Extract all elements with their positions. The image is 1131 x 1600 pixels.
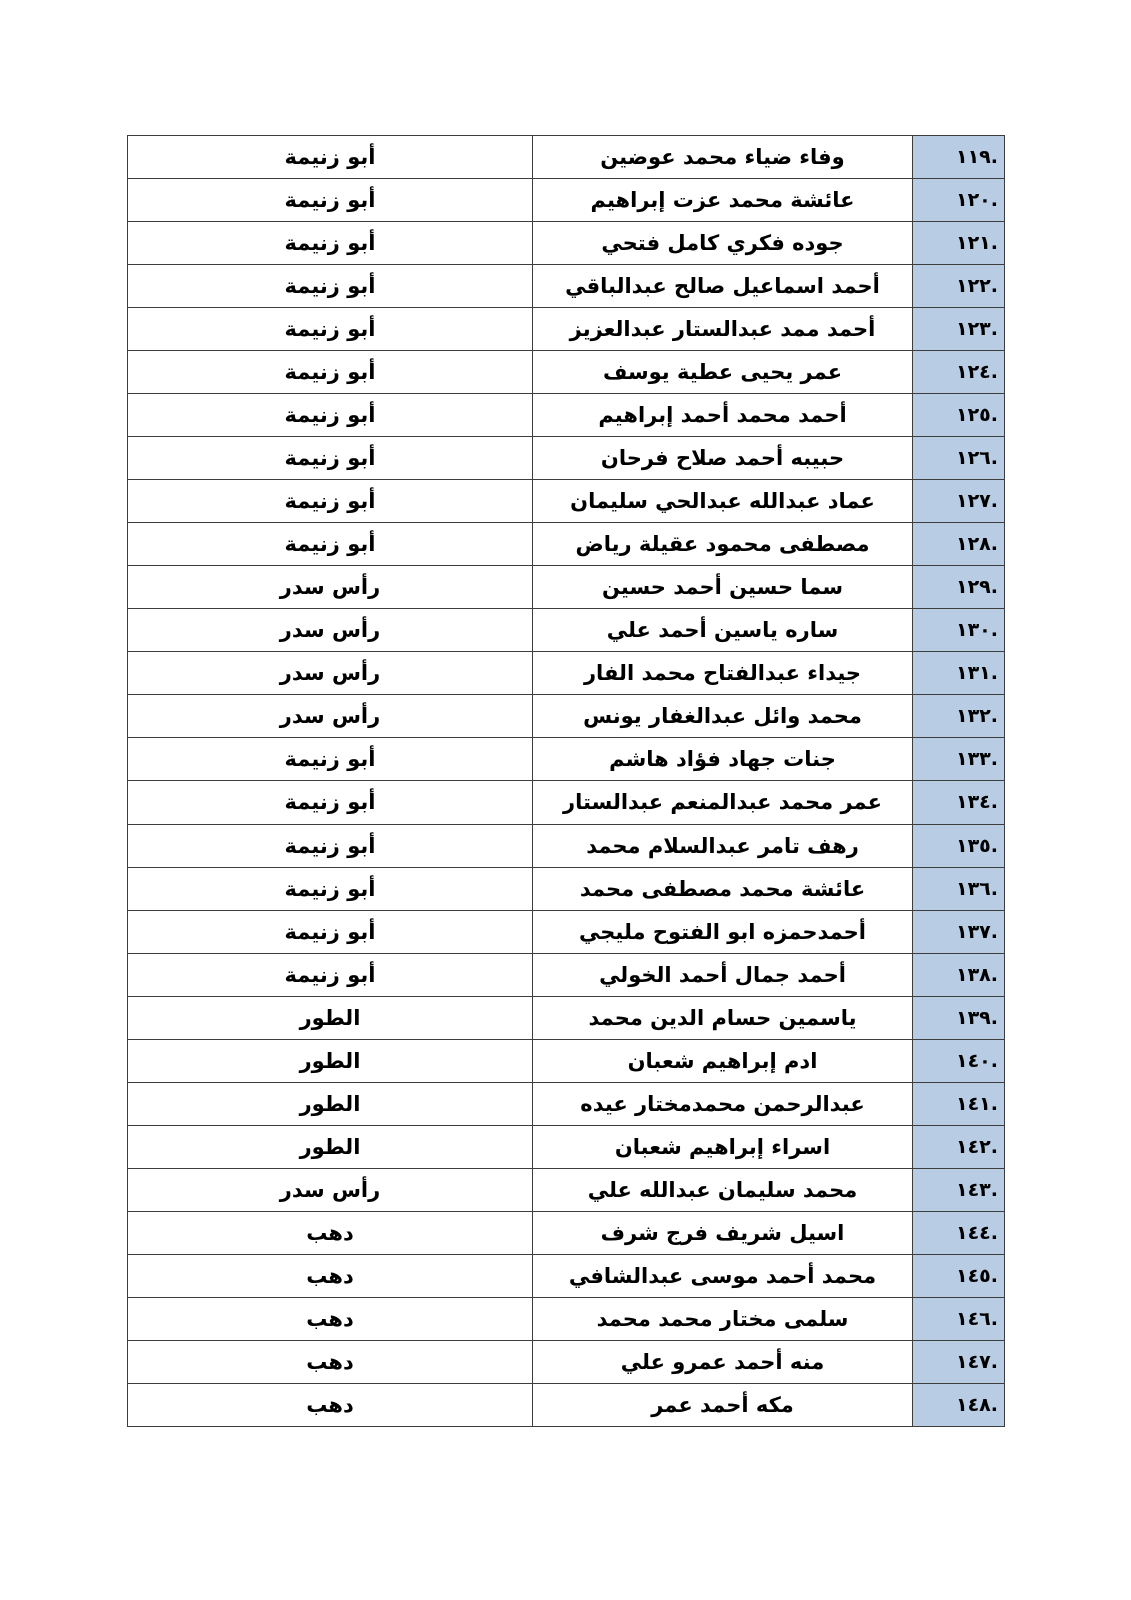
location-cell: الطور — [128, 1039, 533, 1082]
table-row: ١٢٨. مصطفى محمود عقيلة رياض أبو زنيمة — [128, 523, 1005, 566]
location-cell: أبو زنيمة — [128, 308, 533, 351]
student-name-cell: أحمد ممد عبدالستار عبدالعزيز — [533, 308, 913, 351]
row-number-cell: ١٣٧. — [913, 910, 1005, 953]
table-row: ١٢٣. أحمد ممد عبدالستار عبدالعزيز أبو زن… — [128, 308, 1005, 351]
location-cell: أبو زنيمة — [128, 523, 533, 566]
table-row: ١٢١. جوده فكري كامل فتحي أبو زنيمة — [128, 222, 1005, 265]
student-name-cell: أحمد اسماعيل صالح عبدالباقي — [533, 265, 913, 308]
table-row: ١٢٢. أحمد اسماعيل صالح عبدالباقي أبو زني… — [128, 265, 1005, 308]
table-row: ١٤٢. اسراء إبراهيم شعبان الطور — [128, 1125, 1005, 1168]
students-table: ١١٩. وفاء ضياء محمد عوضين أبو زنيمة ١٢٠.… — [127, 135, 1005, 1427]
table-row: ١٣٧. أحمدحمزه ابو الفتوح مليجي أبو زنيمة — [128, 910, 1005, 953]
table-row: ١٣٢. محمد وائل عبدالغفار يونس رأس سدر — [128, 695, 1005, 738]
location-cell: أبو زنيمة — [128, 136, 533, 179]
table-row: ١٤٦. سلمى مختار محمد محمد دهب — [128, 1297, 1005, 1340]
location-cell: رأس سدر — [128, 566, 533, 609]
table-row: ١٤٨. مكه أحمد عمر دهب — [128, 1383, 1005, 1426]
location-cell: أبو زنيمة — [128, 781, 533, 824]
table-row: ١٣١. جيداء عبدالفتاح محمد الفار رأس سدر — [128, 652, 1005, 695]
table-row: ١٤٧. منه أحمد عمرو علي دهب — [128, 1340, 1005, 1383]
location-cell: رأس سدر — [128, 609, 533, 652]
location-cell: أبو زنيمة — [128, 265, 533, 308]
student-name-cell: جوده فكري كامل فتحي — [533, 222, 913, 265]
student-name-cell: عمر محمد عبدالمنعم عبدالستار — [533, 781, 913, 824]
location-cell: دهب — [128, 1297, 533, 1340]
student-name-cell: مصطفى محمود عقيلة رياض — [533, 523, 913, 566]
row-number-cell: ١٤٢. — [913, 1125, 1005, 1168]
location-cell: رأس سدر — [128, 652, 533, 695]
table-row: ١٢٤. عمر يحيى عطية يوسف أبو زنيمة — [128, 351, 1005, 394]
location-cell: أبو زنيمة — [128, 953, 533, 996]
row-number-cell: ١٣٦. — [913, 867, 1005, 910]
row-number-cell: ١٤٧. — [913, 1340, 1005, 1383]
table-row: ١٣٦. عائشة محمد مصطفى محمد أبو زنيمة — [128, 867, 1005, 910]
location-cell: أبو زنيمة — [128, 867, 533, 910]
table-row: ١٣٣. جنات جهاد فؤاد هاشم أبو زنيمة — [128, 738, 1005, 781]
row-number-cell: ١٣٤. — [913, 781, 1005, 824]
table-row: ١٢٠. عائشة محمد عزت إبراهيم أبو زنيمة — [128, 179, 1005, 222]
student-name-cell: رهف تامر عبدالسلام محمد — [533, 824, 913, 867]
student-name-cell: سلمى مختار محمد محمد — [533, 1297, 913, 1340]
row-number-cell: ١٢٩. — [913, 566, 1005, 609]
row-number-cell: ١٣٠. — [913, 609, 1005, 652]
location-cell: أبو زنيمة — [128, 480, 533, 523]
row-number-cell: ١٤٦. — [913, 1297, 1005, 1340]
table-row: ١٣٨. أحمد جمال أحمد الخولي أبو زنيمة — [128, 953, 1005, 996]
student-name-cell: محمد سليمان عبدالله علي — [533, 1168, 913, 1211]
table-row: ١٢٥. أحمد محمد أحمد إبراهيم أبو زنيمة — [128, 394, 1005, 437]
student-name-cell: ساره ياسين أحمد علي — [533, 609, 913, 652]
location-cell: رأس سدر — [128, 695, 533, 738]
location-cell: أبو زنيمة — [128, 179, 533, 222]
row-number-cell: ١٢٢. — [913, 265, 1005, 308]
row-number-cell: ١٤٤. — [913, 1211, 1005, 1254]
row-number-cell: ١٢٧. — [913, 480, 1005, 523]
table-row: ١٢٧. عماد عبدالله عبدالحي سليمان أبو زني… — [128, 480, 1005, 523]
students-table-body: ١١٩. وفاء ضياء محمد عوضين أبو زنيمة ١٢٠.… — [128, 136, 1005, 1427]
location-cell: دهب — [128, 1340, 533, 1383]
student-name-cell: عائشة محمد مصطفى محمد — [533, 867, 913, 910]
table-row: ١٣٩. ياسمين حسام الدين محمد الطور — [128, 996, 1005, 1039]
row-number-cell: ١٢١. — [913, 222, 1005, 265]
location-cell: أبو زنيمة — [128, 437, 533, 480]
student-name-cell: محمد أحمد موسى عبدالشافي — [533, 1254, 913, 1297]
row-number-cell: ١٤١. — [913, 1082, 1005, 1125]
student-name-cell: أحمد جمال أحمد الخولي — [533, 953, 913, 996]
row-number-cell: ١٤٨. — [913, 1383, 1005, 1426]
student-name-cell: جنات جهاد فؤاد هاشم — [533, 738, 913, 781]
row-number-cell: ١٢٤. — [913, 351, 1005, 394]
row-number-cell: ١٣٩. — [913, 996, 1005, 1039]
table-row: ١٣٤. عمر محمد عبدالمنعم عبدالستار أبو زن… — [128, 781, 1005, 824]
student-name-cell: منه أحمد عمرو علي — [533, 1340, 913, 1383]
student-name-cell: ادم إبراهيم شعبان — [533, 1039, 913, 1082]
student-name-cell: سما حسين أحمد حسين — [533, 566, 913, 609]
location-cell: دهب — [128, 1211, 533, 1254]
table-row: ١٤٥. محمد أحمد موسى عبدالشافي دهب — [128, 1254, 1005, 1297]
table-row: ١٤٤. اسيل شريف فرج شرف دهب — [128, 1211, 1005, 1254]
student-name-cell: اسراء إبراهيم شعبان — [533, 1125, 913, 1168]
student-name-cell: عبدالرحمن محمدمختار عيده — [533, 1082, 913, 1125]
location-cell: أبو زنيمة — [128, 222, 533, 265]
location-cell: أبو زنيمة — [128, 824, 533, 867]
document-page: ١١٩. وفاء ضياء محمد عوضين أبو زنيمة ١٢٠.… — [0, 0, 1131, 1600]
row-number-cell: ١٢٠. — [913, 179, 1005, 222]
row-number-cell: ١١٩. — [913, 136, 1005, 179]
row-number-cell: ١٤٣. — [913, 1168, 1005, 1211]
row-number-cell: ١٢٥. — [913, 394, 1005, 437]
location-cell: الطور — [128, 996, 533, 1039]
row-number-cell: ١٢٨. — [913, 523, 1005, 566]
student-name-cell: محمد وائل عبدالغفار يونس — [533, 695, 913, 738]
student-name-cell: وفاء ضياء محمد عوضين — [533, 136, 913, 179]
row-number-cell: ١٣٥. — [913, 824, 1005, 867]
table-row: ١٢٩. سما حسين أحمد حسين رأس سدر — [128, 566, 1005, 609]
student-name-cell: مكه أحمد عمر — [533, 1383, 913, 1426]
student-name-cell: عماد عبدالله عبدالحي سليمان — [533, 480, 913, 523]
location-cell: الطور — [128, 1125, 533, 1168]
student-name-cell: عائشة محمد عزت إبراهيم — [533, 179, 913, 222]
location-cell: أبو زنيمة — [128, 910, 533, 953]
row-number-cell: ١٢٣. — [913, 308, 1005, 351]
location-cell: أبو زنيمة — [128, 351, 533, 394]
row-number-cell: ١٤٠. — [913, 1039, 1005, 1082]
row-number-cell: ١٢٦. — [913, 437, 1005, 480]
location-cell: دهب — [128, 1254, 533, 1297]
location-cell: دهب — [128, 1383, 533, 1426]
table-row: ١١٩. وفاء ضياء محمد عوضين أبو زنيمة — [128, 136, 1005, 179]
location-cell: أبو زنيمة — [128, 394, 533, 437]
table-row: ١٤٣. محمد سليمان عبدالله علي رأس سدر — [128, 1168, 1005, 1211]
student-name-cell: جيداء عبدالفتاح محمد الفار — [533, 652, 913, 695]
location-cell: رأس سدر — [128, 1168, 533, 1211]
table-row: ١٢٦. حبيبه أحمد صلاح فرحان أبو زنيمة — [128, 437, 1005, 480]
row-number-cell: ١٣١. — [913, 652, 1005, 695]
location-cell: الطور — [128, 1082, 533, 1125]
row-number-cell: ١٣٢. — [913, 695, 1005, 738]
student-name-cell: أحمد محمد أحمد إبراهيم — [533, 394, 913, 437]
table-row: ١٤١. عبدالرحمن محمدمختار عيده الطور — [128, 1082, 1005, 1125]
row-number-cell: ١٤٥. — [913, 1254, 1005, 1297]
row-number-cell: ١٣٣. — [913, 738, 1005, 781]
table-row: ١٤٠. ادم إبراهيم شعبان الطور — [128, 1039, 1005, 1082]
student-name-cell: أحمدحمزه ابو الفتوح مليجي — [533, 910, 913, 953]
student-name-cell: اسيل شريف فرج شرف — [533, 1211, 913, 1254]
student-name-cell: حبيبه أحمد صلاح فرحان — [533, 437, 913, 480]
table-row: ١٣٥. رهف تامر عبدالسلام محمد أبو زنيمة — [128, 824, 1005, 867]
student-name-cell: عمر يحيى عطية يوسف — [533, 351, 913, 394]
table-row: ١٣٠. ساره ياسين أحمد علي رأس سدر — [128, 609, 1005, 652]
student-name-cell: ياسمين حسام الدين محمد — [533, 996, 913, 1039]
location-cell: أبو زنيمة — [128, 738, 533, 781]
row-number-cell: ١٣٨. — [913, 953, 1005, 996]
